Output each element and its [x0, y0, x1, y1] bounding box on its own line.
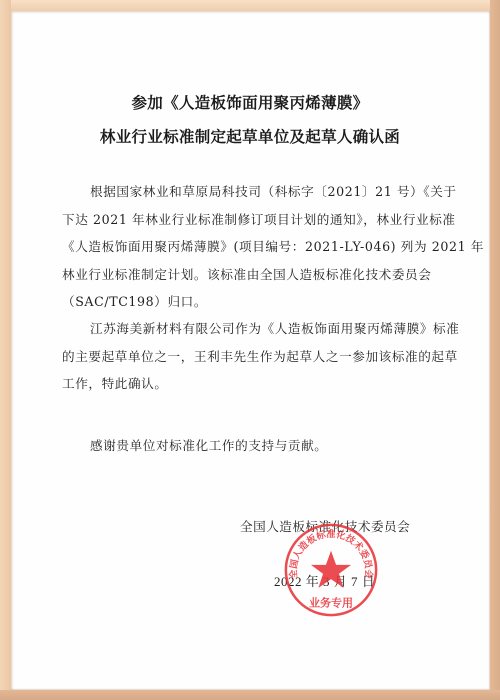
- document-title-line2: 林业行业标准制定起草单位及起草人确认函: [0, 125, 500, 147]
- frame-top: [0, 0, 500, 11]
- paragraph-1-line: 根据国家林业和草原局科技司（科标字〔2021〕21 号）《关于: [62, 178, 440, 206]
- paragraph-3-line: 感谢贵单位对标准化工作的支持与贡献。: [62, 432, 440, 460]
- document-title-line1: 参加《人造板饰面用聚丙烯薄膜》: [0, 91, 500, 113]
- paragraph-2-line: 江苏海美新材料有限公司作为《人造板饰面用聚丙烯薄膜》标准: [62, 315, 440, 343]
- paragraph-1-line: 下达 2021 年林业行业标准制修订项目计划的通知》，林业行业标准: [62, 206, 440, 234]
- seal-bottom-text: 业务专用: [309, 595, 353, 609]
- official-seal: 全国人造板标准化技术委员会 业务专用: [283, 522, 379, 618]
- paragraph-1: 根据国家林业和草原局科技司（科标字〔2021〕21 号）《关于 下达 2021 …: [62, 178, 440, 316]
- star-icon: [311, 551, 351, 588]
- paragraph-2-line: 工作，特此确认。: [62, 370, 440, 398]
- paragraph-1-line: 《人造板饰面用聚丙烯薄膜》(项目编号：2021-LY-046) 列为 2021 …: [62, 233, 440, 261]
- frame-bottom: [0, 690, 500, 700]
- paragraph-1-line: 林业行业标准制定计划。该标准由全国人造板标准化技术委员会: [62, 261, 440, 289]
- paragraph-2-line: 的主要起草单位之一，王利丰先生作为起草人之一参加该标准的起草: [62, 343, 440, 371]
- paragraph-1-line: （SAC/TC198）归口。: [62, 288, 440, 316]
- paragraph-3: 感谢贵单位对标准化工作的支持与贡献。: [62, 432, 440, 460]
- paragraph-2: 江苏海美新材料有限公司作为《人造板饰面用聚丙烯薄膜》标准 的主要起草单位之一，王…: [62, 315, 440, 398]
